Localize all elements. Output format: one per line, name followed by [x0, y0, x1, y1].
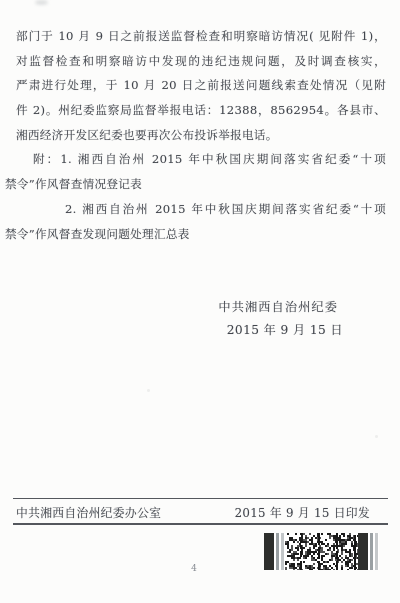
footer-rule-top	[13, 498, 388, 499]
barcode-icon	[264, 533, 379, 570]
attachment-line: 禁令”作风督查发现问题处理汇总表	[5, 222, 386, 247]
footer-print-date: 2015 年 9 月 15 日印发	[235, 506, 370, 520]
scanned-document-page: 部门于 10 月 9 日之前报送监督检查和明察暗访情况( 见附件 1)， 对监督…	[0, 0, 400, 603]
signature-date: 2015 年 9 月 15 日	[227, 321, 343, 338]
body-line: 严肃进行处理，于 10 月 20 日之前报送问题线索查处情况（见附	[16, 73, 386, 98]
body-line: 湘西经济开发区纪委也要再次公布投诉举报电话。	[16, 123, 386, 148]
document-body: 部门于 10 月 9 日之前报送监督检查和明察暗访情况( 见附件 1)， 对监督…	[16, 24, 386, 246]
footer-rule-bottom	[13, 523, 388, 525]
footer-row: 中共湘西自治州纪委办公室 2015 年 9 月 15 日印发	[16, 506, 370, 520]
scan-smudge-artifact	[35, 0, 48, 5]
body-line: 对监督检查和明察暗访中发现的违纪违规问题，及时调查核实，	[16, 49, 386, 74]
body-line: 件 2)。州纪委监察局监督举报电话：12388，8562954。各县市、	[16, 98, 386, 123]
footer-office: 中共湘西自治州纪委办公室	[16, 506, 161, 520]
attachment-line: 禁令”作风督查情况登记表	[5, 172, 386, 197]
page-number: 4	[188, 564, 200, 574]
signature-org: 中共湘西自治州纪委	[218, 298, 338, 315]
attachment-line: 附：1. 湘西自治州 2015 年中秋国庆期间落实省纪委“十项	[16, 147, 386, 172]
body-line: 部门于 10 月 9 日之前报送监督检查和明察暗访情况( 见附件 1)，	[16, 24, 386, 49]
scan-speck-artifact	[375, 435, 378, 438]
attachment-line: 2. 湘西自治州 2015 年中秋国庆期间落实省纪委“十项	[16, 197, 386, 222]
scan-speck-artifact	[147, 389, 150, 392]
